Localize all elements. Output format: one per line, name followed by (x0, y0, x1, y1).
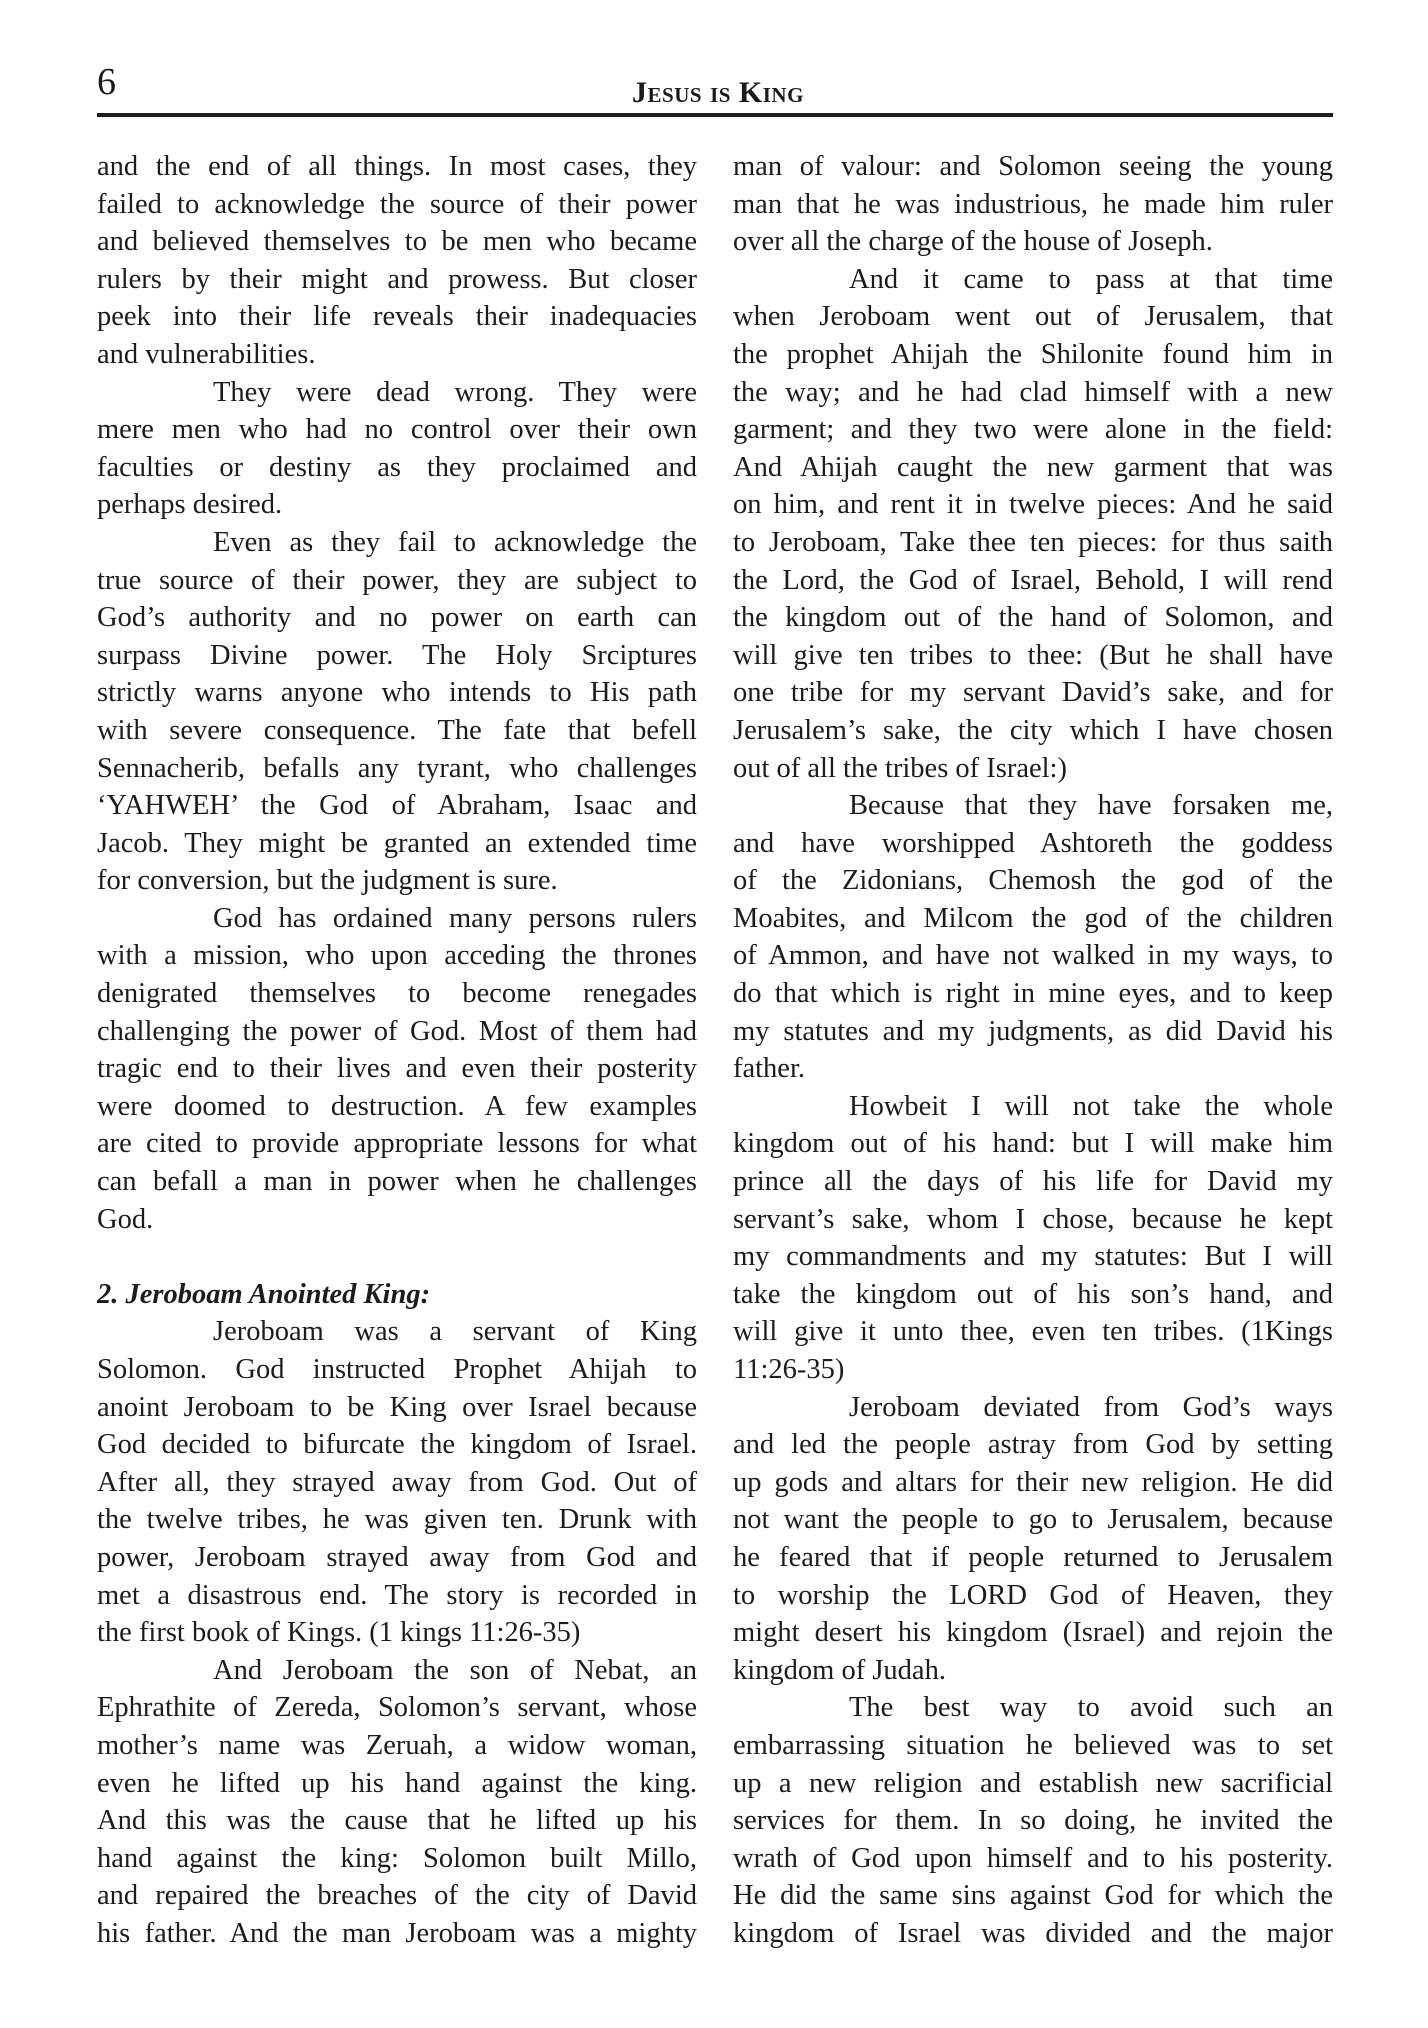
text-line: up gods and altars for their new religio… (733, 1464, 1333, 1502)
text-line: God has ordained many persons rulers (97, 900, 697, 938)
text-line: the way; and he had clad himself with a … (733, 374, 1333, 412)
text-line: servant’s sake, whom I chose, because he… (733, 1201, 1333, 1239)
text-line: wrath of God upon himself and to his pos… (733, 1840, 1333, 1878)
text-line: anoint Jeroboam to be King over Israel b… (97, 1389, 697, 1427)
left-column: and the end of all things. In most cases… (97, 148, 697, 1953)
text-line: surpass Divine power. The Holy Srcipture… (97, 637, 697, 675)
text-line: take the kingdom out of his son’s hand, … (733, 1276, 1333, 1314)
text-line: might desert his kingdom (Israel) and re… (733, 1614, 1333, 1652)
text-line: 11:26-35) (733, 1351, 1333, 1389)
text-line: and believed themselves to be men who be… (97, 223, 697, 261)
text-line: and have worshipped Ashtoreth the goddes… (733, 825, 1333, 863)
text-line: And Ahijah caught the new garment that w… (733, 449, 1333, 487)
text-line: and vulnerabilities. (97, 336, 697, 374)
text-line: And this was the cause that he lifted up… (97, 1802, 697, 1840)
text-line: for conversion, but the judgment is sure… (97, 862, 697, 900)
text-line: Solomon. God instructed Prophet Ahijah t… (97, 1351, 697, 1389)
text-line: and repaired the breaches of the city of… (97, 1877, 697, 1915)
text-line: rulers by their might and prowess. But c… (97, 261, 697, 299)
text-line: to worship the LORD God of Heaven, they (733, 1577, 1333, 1615)
text-line: man that he was industrious, he made him… (733, 186, 1333, 224)
text-line: will give it unto thee, even ten tribes.… (733, 1313, 1333, 1351)
text-line: Jacob. They might be granted an extended… (97, 825, 697, 863)
text-line: hand against the king: Solomon built Mil… (97, 1840, 697, 1878)
text-line: kingdom of Israel was divided and the ma… (733, 1915, 1333, 1953)
text-line: tragic end to their lives and even their… (97, 1050, 697, 1088)
text-line: are cited to provide appropriate lessons… (97, 1125, 697, 1163)
text-line: peek into their life reveals their inade… (97, 298, 697, 336)
text-line: Jeroboam was a servant of King (97, 1313, 697, 1351)
text-line: over all the charge of the house of Jose… (733, 223, 1333, 261)
text-line: ‘YAHWEH’ the God of Abraham, Isaac and (97, 787, 697, 825)
text-line: faculties or destiny as they proclaimed … (97, 449, 697, 487)
text-line: even he lifted up his hand against the k… (97, 1765, 697, 1803)
text-line: man of valour: and Solomon seeing the yo… (733, 148, 1333, 186)
section-heading: 2. Jeroboam Anointed King: (97, 1276, 697, 1314)
text-line: out of all the tribes of Israel:) (733, 750, 1333, 788)
text-line: And it came to pass at that time (733, 261, 1333, 299)
text-line: the kingdom out of the hand of Solomon, … (733, 599, 1333, 637)
text-line: strictly warns anyone who intends to His… (97, 674, 697, 712)
text-line: Moabites, and Milcom the god of the chil… (733, 900, 1333, 938)
text-line: mother’s name was Zeruah, a widow woman, (97, 1727, 697, 1765)
text-line: not want the people to go to Jerusalem, … (733, 1501, 1333, 1539)
text-line: garment; and they two were alone in the … (733, 411, 1333, 449)
text-line: my statutes and my judgments, as did Dav… (733, 1013, 1333, 1051)
text-line: can befall a man in power when he challe… (97, 1163, 697, 1201)
text-line: when Jeroboam went out of Jerusalem, tha… (733, 298, 1333, 336)
text-line: After all, they strayed away from God. O… (97, 1464, 697, 1502)
text-line: And Jeroboam the son of Nebat, an (97, 1652, 697, 1690)
text-line: he feared that if people returned to Jer… (733, 1539, 1333, 1577)
text-line: embarrassing situation he believed was t… (733, 1727, 1333, 1765)
header-rule (97, 113, 1333, 117)
text-line: the prophet Ahijah the Shilonite found h… (733, 336, 1333, 374)
text-line: do that which is right in mine eyes, and… (733, 975, 1333, 1013)
text-line: with severe consequence. The fate that b… (97, 712, 697, 750)
text-line: He did the same sins against God for whi… (733, 1877, 1333, 1915)
text-line: Ephrathite of Zereda, Solomon’s servant,… (97, 1689, 697, 1727)
text-line: Jeroboam deviated from God’s ways (733, 1389, 1333, 1427)
text-line: kingdom of Judah. (733, 1652, 1333, 1690)
text-line: will give ten tribes to thee: (But he sh… (733, 637, 1333, 675)
right-column: man of valour: and Solomon seeing the yo… (733, 148, 1333, 1953)
text-line: were doomed to destruction. A few exampl… (97, 1088, 697, 1126)
text-line: on him, and rent it in twelve pieces: An… (733, 486, 1333, 524)
text-line: and led the people astray from God by se… (733, 1426, 1333, 1464)
text-line: mere men who had no control over their o… (97, 411, 697, 449)
text-line: of the Zidonians, Chemosh the god of the (733, 862, 1333, 900)
text-line: God. (97, 1201, 697, 1239)
text-line: Because that they have forsaken me, (733, 787, 1333, 825)
text-line: father. (733, 1050, 1333, 1088)
text-line: met a disastrous end. The story is recor… (97, 1577, 697, 1615)
running-title: Jesus is King (0, 76, 1428, 110)
text-line: denigrated themselves to become renegade… (97, 975, 697, 1013)
text-line: the Lord, the God of Israel, Behold, I w… (733, 562, 1333, 600)
text-line: Jerusalem’s sake, the city which I have … (733, 712, 1333, 750)
text-line: failed to acknowledge the source of thei… (97, 186, 697, 224)
text-line: services for them. In so doing, he invit… (733, 1802, 1333, 1840)
text-line: God’s authority and no power on earth ca… (97, 599, 697, 637)
text-line: and the end of all things. In most cases… (97, 148, 697, 186)
text-line: They were dead wrong. They were (97, 374, 697, 412)
text-line: perhaps desired. (97, 486, 697, 524)
text-line: prince all the days of his life for Davi… (733, 1163, 1333, 1201)
text-line: true source of their power, they are sub… (97, 562, 697, 600)
text-line: God decided to bifurcate the kingdom of … (97, 1426, 697, 1464)
text-line: power, Jeroboam strayed away from God an… (97, 1539, 697, 1577)
text-line: one tribe for my servant David’s sake, a… (733, 674, 1333, 712)
blank-line (97, 1238, 697, 1276)
text-line: Howbeit I will not take the whole (733, 1088, 1333, 1126)
text-line: the first book of Kings. (1 kings 11:26-… (97, 1614, 697, 1652)
text-line: up a new religion and establish new sacr… (733, 1765, 1333, 1803)
text-line: my commandments and my statutes: But I w… (733, 1238, 1333, 1276)
text-line: challenging the power of God. Most of th… (97, 1013, 697, 1051)
text-line: Even as they fail to acknowledge the (97, 524, 697, 562)
text-line: Sennacherib, befalls any tyrant, who cha… (97, 750, 697, 788)
text-line: with a mission, who upon acceding the th… (97, 937, 697, 975)
text-line: of Ammon, and have not walked in my ways… (733, 937, 1333, 975)
text-line: his father. And the man Jeroboam was a m… (97, 1915, 697, 1953)
text-line: kingdom out of his hand: but I will make… (733, 1125, 1333, 1163)
text-line: to Jeroboam, Take thee ten pieces: for t… (733, 524, 1333, 562)
text-line: The best way to avoid such an (733, 1689, 1333, 1727)
text-line: the twelve tribes, he was given ten. Dru… (97, 1501, 697, 1539)
